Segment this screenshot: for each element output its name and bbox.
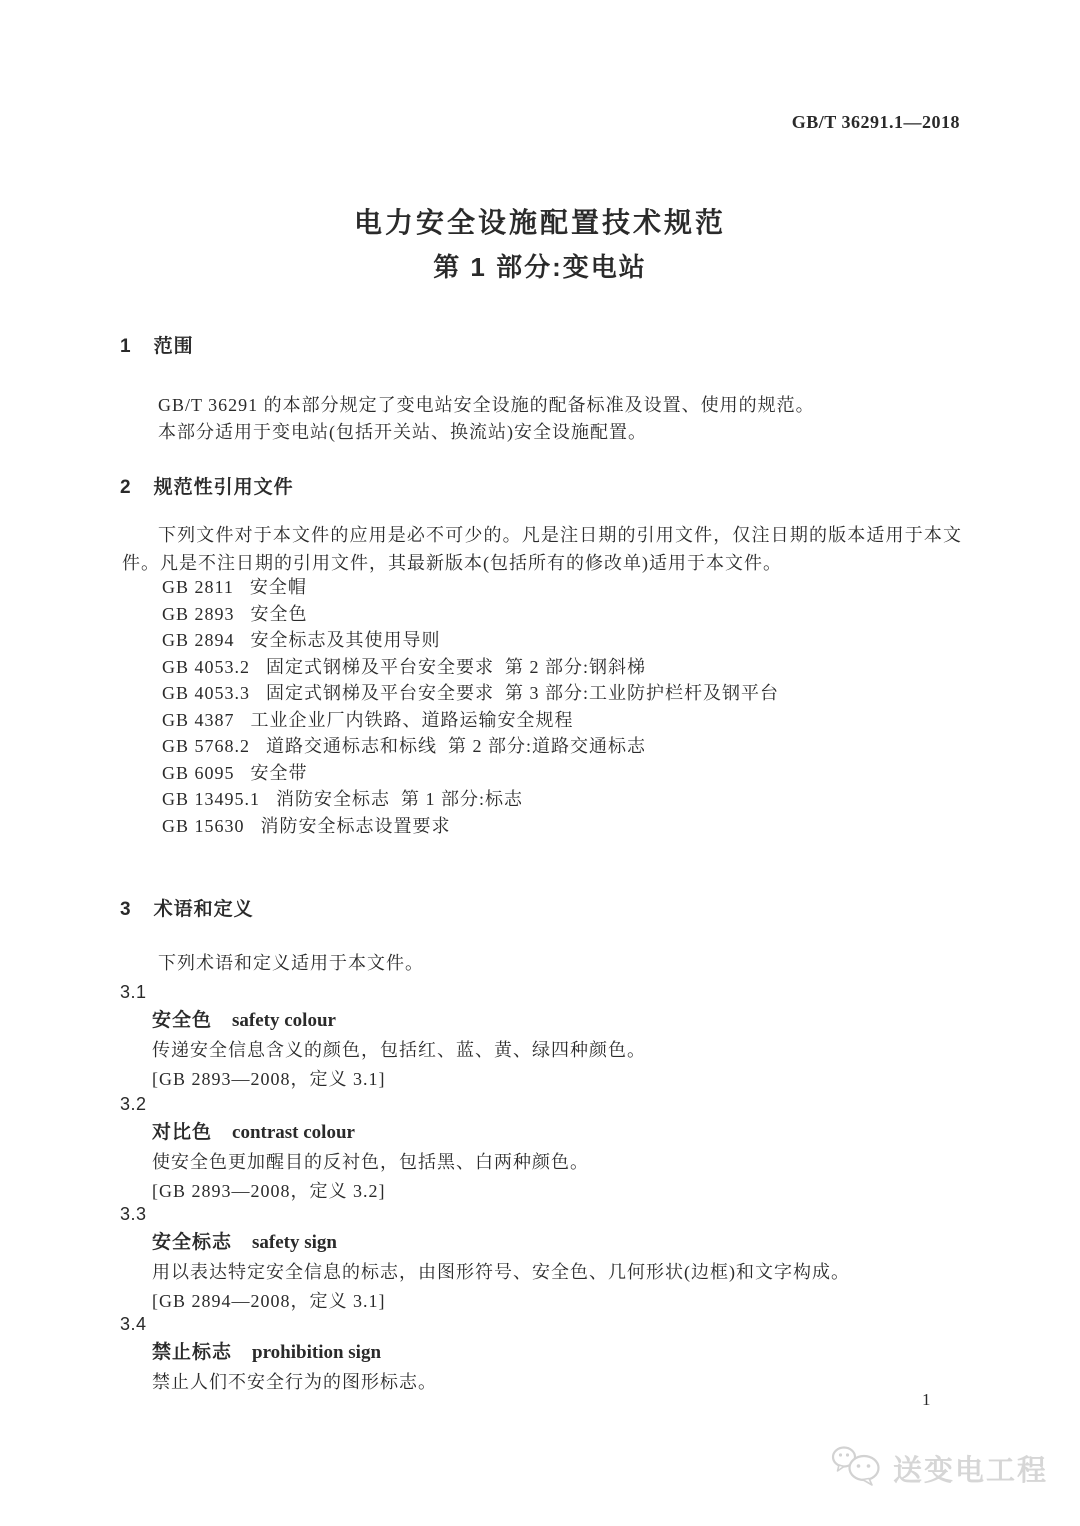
section-3-title: 术语和定义 xyxy=(154,899,254,920)
term-english: safety sign xyxy=(252,1232,337,1253)
term-3-3: 3.3 安全标志safety sign 用以表达特定安全信息的标志，由图形符号、… xyxy=(120,1200,962,1315)
reference-title: 道路交通标志和标线 第 2 部分:道路交通标志 xyxy=(266,736,646,756)
reference-title: 安全色 xyxy=(251,604,308,624)
page-number: 1 xyxy=(922,1390,931,1410)
reference-title: 安全标志及其使用导则 xyxy=(251,630,441,650)
term-title: 安全色safety colour xyxy=(120,1007,962,1037)
term-definition: 使安全色更加醒目的反衬色，包括黑、白两种颜色。 xyxy=(120,1148,962,1177)
reference-item: GB 15630消防安全标志设置要求 xyxy=(122,813,962,840)
reference-title: 安全帽 xyxy=(250,577,307,597)
document-page: GB/T 36291.1—2018 电力安全设施配置技术规范 第 1 部分:变电… xyxy=(0,0,1080,1526)
reference-title: 固定式钢梯及平台安全要求 第 2 部分:钢斜梯 xyxy=(266,657,646,677)
section-1-title: 范围 xyxy=(154,336,194,357)
section-1-heading: 1范围 xyxy=(120,335,194,359)
section-3-heading: 3术语和定义 xyxy=(120,898,254,922)
reference-title: 安全带 xyxy=(251,763,308,783)
terms-intro: 下列术语和定义适用于本文件。 xyxy=(122,950,962,978)
reference-code: GB 2894 xyxy=(162,630,235,650)
term-definition: 传递安全信息含义的颜色，包括红、蓝、黄、绿四种颜色。 xyxy=(120,1036,962,1065)
section-2-title: 规范性引用文件 xyxy=(154,477,294,498)
reference-item: GB 6095安全带 xyxy=(122,760,962,787)
wechat-icon xyxy=(831,1444,883,1493)
term-title: 对比色contrast colour xyxy=(120,1119,962,1149)
reference-title: 工业企业厂内铁路、道路运输安全规程 xyxy=(251,710,574,730)
term-number: 3.2 xyxy=(120,1090,962,1119)
reference-code: GB 2893 xyxy=(162,604,235,624)
term-number: 3.1 xyxy=(120,978,962,1007)
term-title: 禁止标志prohibition sign xyxy=(120,1339,962,1369)
term-chinese: 安全标志 xyxy=(152,1232,232,1253)
term-number: 3.4 xyxy=(120,1310,962,1339)
reference-item: GB 2894安全标志及其使用导则 xyxy=(122,627,962,654)
reference-item: GB 4053.2固定式钢梯及平台安全要求 第 2 部分:钢斜梯 xyxy=(122,654,962,681)
scope-paragraph-1: GB/T 36291 的本部分规定了变电站安全设施的配备标准及设置、使用的规范。 xyxy=(122,392,962,420)
normative-references-list: GB 2811安全帽 GB 2893安全色 GB 2894安全标志及其使用导则 … xyxy=(122,574,962,839)
term-3-2: 3.2 对比色contrast colour 使安全色更加醒目的反衬色，包括黑、… xyxy=(120,1090,962,1205)
reference-title: 消防安全标志设置要求 xyxy=(261,816,451,836)
term-english: prohibition sign xyxy=(252,1342,381,1363)
normative-references-intro: 下列文件对于本文件的应用是必不可少的。凡是注日期的引用文件，仅注日期的版本适用于… xyxy=(122,522,962,577)
reference-item: GB 4053.3固定式钢梯及平台安全要求 第 3 部分:工业防护栏杆及钢平台 xyxy=(122,680,962,707)
document-title: 电力安全设施配置技术规范 xyxy=(0,201,1080,241)
term-number: 3.3 xyxy=(120,1200,962,1229)
watermark: 送变电工程 xyxy=(831,1444,1048,1493)
reference-code: GB 2811 xyxy=(162,577,234,597)
reference-item: GB 13495.1消防安全标志 第 1 部分:标志 xyxy=(122,786,962,813)
reference-title: 消防安全标志 第 1 部分:标志 xyxy=(276,789,523,809)
reference-code: GB 15630 xyxy=(162,816,245,836)
watermark-text: 送变电工程 xyxy=(893,1448,1048,1489)
reference-code: GB 4387 xyxy=(162,710,235,730)
term-chinese: 安全色 xyxy=(152,1010,212,1031)
reference-title: 固定式钢梯及平台安全要求 第 3 部分:工业防护栏杆及钢平台 xyxy=(266,683,779,703)
section-2-number: 2 xyxy=(120,476,132,500)
reference-code: GB 13495.1 xyxy=(162,789,260,809)
reference-item: GB 2893安全色 xyxy=(122,601,962,628)
standard-number: GB/T 36291.1—2018 xyxy=(792,112,960,133)
term-title: 安全标志safety sign xyxy=(120,1229,962,1259)
term-english: contrast colour xyxy=(232,1122,355,1143)
document-subtitle: 第 1 部分:变电站 xyxy=(0,247,1080,284)
term-chinese: 对比色 xyxy=(152,1122,212,1143)
section-1-number: 1 xyxy=(120,335,132,359)
term-3-1: 3.1 安全色safety colour 传递安全信息含义的颜色，包括红、蓝、黄… xyxy=(120,978,962,1093)
reference-code: GB 6095 xyxy=(162,763,235,783)
reference-item: GB 5768.2道路交通标志和标线 第 2 部分:道路交通标志 xyxy=(122,733,962,760)
reference-code: GB 5768.2 xyxy=(162,736,250,756)
term-english: safety colour xyxy=(232,1010,336,1031)
scope-paragraph-2: 本部分适用于变电站(包括开关站、换流站)安全设施配置。 xyxy=(122,419,962,447)
term-source: [GB 2893—2008，定义 3.1] xyxy=(120,1065,962,1094)
reference-item: GB 2811安全帽 xyxy=(122,574,962,601)
section-2-heading: 2规范性引用文件 xyxy=(120,476,294,500)
reference-code: GB 4053.3 xyxy=(162,683,250,703)
term-definition: 禁止人们不安全行为的图形标志。 xyxy=(120,1368,962,1397)
section-3-number: 3 xyxy=(120,898,132,922)
reference-item: GB 4387工业企业厂内铁路、道路运输安全规程 xyxy=(122,707,962,734)
term-definition: 用以表达特定安全信息的标志，由图形符号、安全色、几何形状(边框)和文字构成。 xyxy=(120,1258,962,1287)
reference-code: GB 4053.2 xyxy=(162,657,250,677)
term-chinese: 禁止标志 xyxy=(152,1342,232,1363)
term-3-4: 3.4 禁止标志prohibition sign 禁止人们不安全行为的图形标志。 xyxy=(120,1310,962,1397)
